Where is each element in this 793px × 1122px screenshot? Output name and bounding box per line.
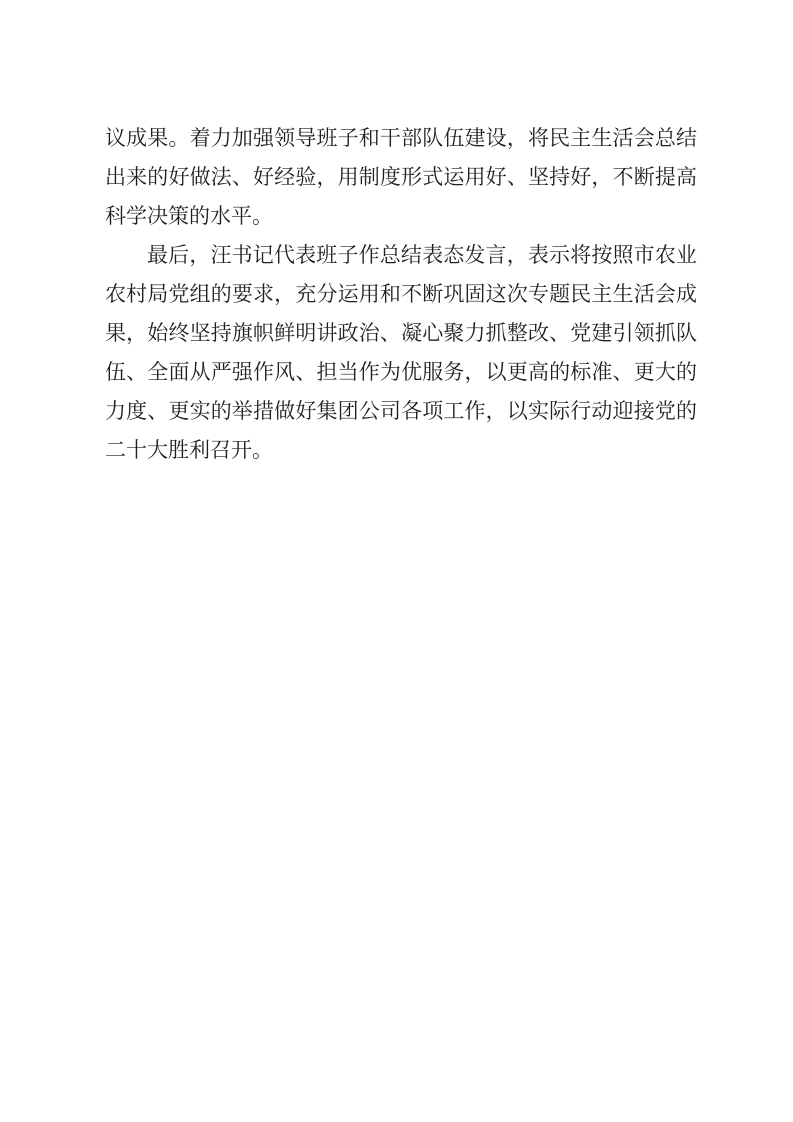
document-body: 议成果。着力加强领导班子和干部队伍建设，将民主生活会总结出来的好做法、好经验，用… [105, 119, 697, 470]
paragraph: 最后，汪书记代表班子作总结表态发言，表示将按照市农业农村局党组的要求，充分运用和… [105, 236, 697, 470]
document-page: 议成果。着力加强领导班子和干部队伍建设，将民主生活会总结出来的好做法、好经验，用… [0, 0, 793, 1122]
paragraph: 议成果。着力加强领导班子和干部队伍建设，将民主生活会总结出来的好做法、好经验，用… [105, 119, 697, 236]
